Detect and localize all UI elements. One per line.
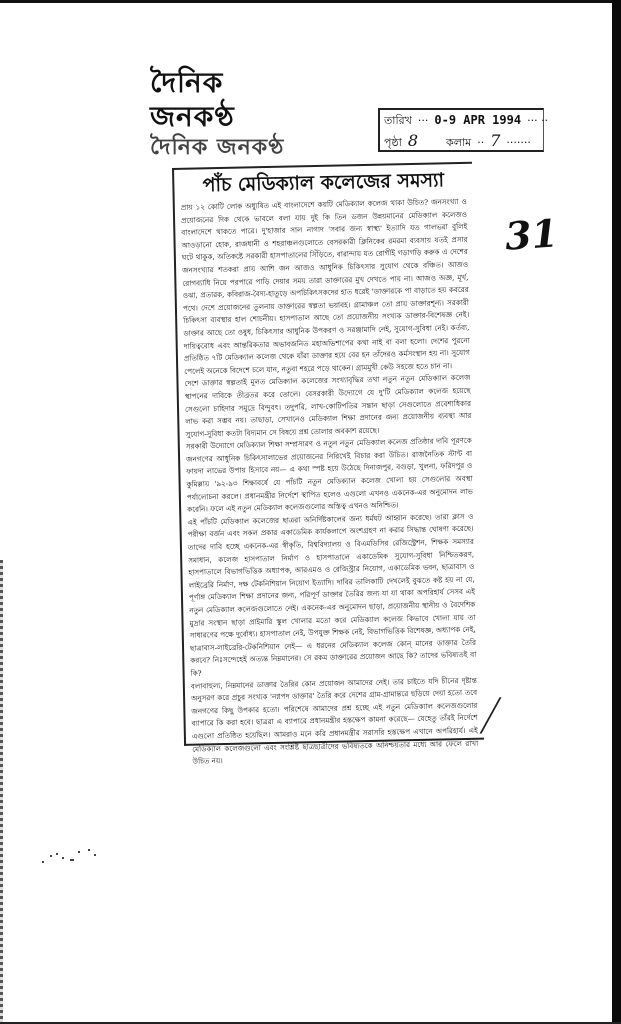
- stamp-column-value: 7: [490, 131, 500, 150]
- newspaper-clipping: পাঁচ মেডিক্যাল কলেজের সমস্যা প্রায় ১২ ক…: [172, 162, 484, 746]
- stamp-page-value: 8: [408, 131, 418, 150]
- handwritten-page-number: 31: [503, 210, 559, 259]
- article-paragraph: দেশে ডাক্তার স্বল্পতাই মূলত মেডিক্যাল কল…: [184, 372, 471, 441]
- masthead-title-faded: দৈনিক জনকণ্ঠ: [150, 134, 310, 160]
- stamp-column-label: কলাম: [446, 134, 471, 153]
- scan-right-border: [612, 0, 621, 1024]
- stamp-date-value: 0-9 APR 1994: [434, 113, 521, 127]
- article-paragraph: সরকারী উদ্যোগে মেডিক্যাল শিক্ষা সম্প্রসা…: [186, 435, 474, 517]
- scan-top-border: [0, 0, 621, 3]
- article-paragraph: এই পাঁচটি মেডিক্যাল কলেজের ছাত্ররা অনির্…: [187, 511, 476, 681]
- article-paragraph: প্রায় ১২ কোটি লোক অধ্যুষিত এই বাংলাদেশে…: [181, 196, 471, 378]
- article-paragraph: বলাবাহুল্য, নিম্নমানের ডাক্তার তৈরির কোন…: [191, 674, 479, 768]
- stamp-date-label: তারিখ: [384, 112, 412, 131]
- stamp-page-row: পৃষ্ঠা 8 কলাম ·· 7 ·······: [384, 131, 539, 150]
- stamp-date-row: তারিখ ··· 0-9 APR 1994 ··· ··: [384, 112, 539, 131]
- scan-noise-specks: [40, 845, 120, 875]
- date-stamp: তারিখ ··· 0-9 APR 1994 ··· ·· পৃষ্ঠা 8 ক…: [378, 108, 544, 152]
- article-body: প্রায় ১২ কোটি লোক অধ্যুষিত এই বাংলাদেশে…: [181, 196, 479, 769]
- masthead-title: দৈনিক জনকণ্ঠ: [150, 66, 310, 134]
- stamp-page-label: পৃষ্ঠা: [384, 134, 402, 153]
- scan-left-edge: [0, 560, 3, 1024]
- newspaper-masthead: দৈনিক জনকণ্ঠ দৈনিক জনকণ্ঠ: [150, 66, 310, 160]
- article-headline: পাঁচ মেডিক্যাল কলেজের সমস্যা: [180, 168, 466, 198]
